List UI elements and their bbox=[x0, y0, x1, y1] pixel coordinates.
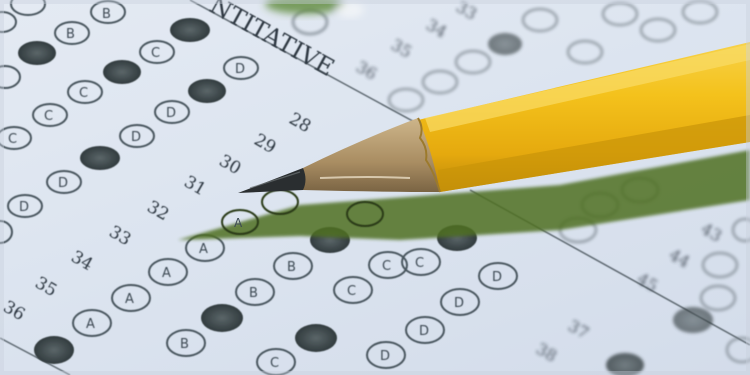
svg-text:C: C bbox=[79, 86, 88, 101]
svg-text:B: B bbox=[287, 260, 296, 275]
scene-svg: NTITATIVE B B C D C C D C D D bbox=[0, 0, 750, 375]
svg-text:A: A bbox=[125, 292, 134, 307]
svg-text:C: C bbox=[44, 109, 53, 124]
svg-text:C: C bbox=[382, 259, 391, 274]
svg-text:28: 28 bbox=[286, 109, 315, 137]
svg-text:D: D bbox=[58, 176, 68, 191]
svg-text:D: D bbox=[131, 130, 141, 145]
svg-text:35: 35 bbox=[388, 35, 415, 62]
svg-text:A: A bbox=[234, 216, 243, 230]
svg-text:C: C bbox=[347, 284, 356, 299]
svg-text:D: D bbox=[492, 270, 502, 285]
svg-text:36: 36 bbox=[0, 297, 28, 325]
svg-text:29: 29 bbox=[251, 130, 280, 158]
svg-text:30: 30 bbox=[216, 151, 245, 179]
svg-text:34: 34 bbox=[68, 247, 97, 275]
svg-text:A: A bbox=[162, 266, 171, 281]
svg-text:B: B bbox=[66, 27, 75, 42]
svg-text:33: 33 bbox=[106, 222, 135, 250]
svg-text:B: B bbox=[102, 7, 111, 22]
svg-text:D: D bbox=[235, 62, 245, 77]
svg-text:D: D bbox=[454, 296, 464, 311]
svg-text:36: 36 bbox=[353, 57, 380, 84]
svg-text:38: 38 bbox=[533, 339, 560, 366]
svg-text:A: A bbox=[199, 242, 208, 257]
svg-text:45: 45 bbox=[634, 269, 661, 296]
svg-text:B: B bbox=[180, 337, 189, 352]
svg-text:C: C bbox=[415, 256, 424, 271]
svg-text:D: D bbox=[19, 200, 29, 215]
svg-text:B: B bbox=[249, 286, 258, 301]
svg-text:C: C bbox=[270, 356, 279, 371]
svg-text:D: D bbox=[380, 349, 390, 364]
svg-text:C: C bbox=[151, 46, 160, 61]
svg-text:43: 43 bbox=[698, 219, 725, 246]
svg-text:31: 31 bbox=[181, 172, 210, 200]
svg-text:D: D bbox=[166, 106, 176, 121]
answer-sheet-photo: NTITATIVE B B C D C C D C D D bbox=[0, 0, 750, 375]
svg-text:34: 34 bbox=[423, 15, 450, 42]
svg-text:37: 37 bbox=[565, 316, 592, 343]
svg-text:35: 35 bbox=[32, 273, 61, 301]
svg-text:C: C bbox=[8, 132, 17, 147]
svg-text:D: D bbox=[419, 324, 429, 339]
svg-text:32: 32 bbox=[144, 197, 173, 225]
svg-text:A: A bbox=[86, 317, 95, 332]
svg-text:44: 44 bbox=[666, 245, 693, 272]
